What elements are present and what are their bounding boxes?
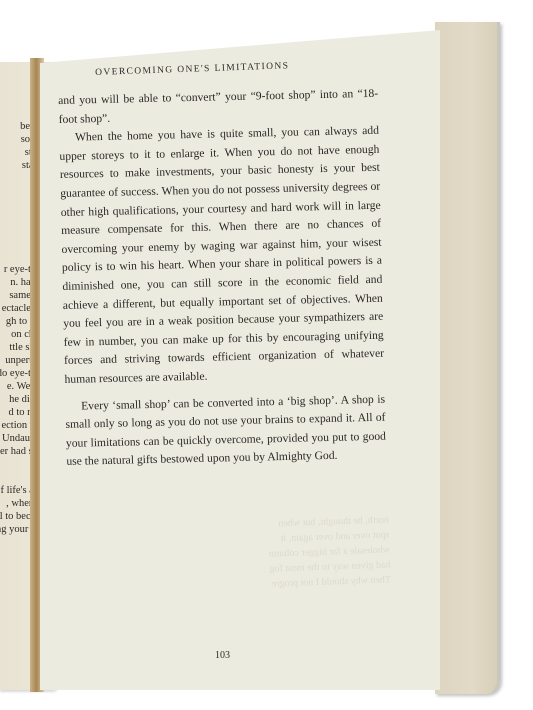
page-number: 103 xyxy=(215,650,230,661)
paragraph-small-shop: Every ‘small shop’ can be converted into… xyxy=(65,390,387,472)
bleed-through-text: north, he thought, but whenspot over and… xyxy=(239,512,392,592)
body-text: and you will be able to “convert” your “… xyxy=(58,85,387,472)
paragraph-home-small: When the home you have is quite small, y… xyxy=(59,122,385,390)
open-book-photo: begins itson tactistart wistart witsr ey… xyxy=(0,0,533,710)
page-block-edge xyxy=(435,22,500,694)
